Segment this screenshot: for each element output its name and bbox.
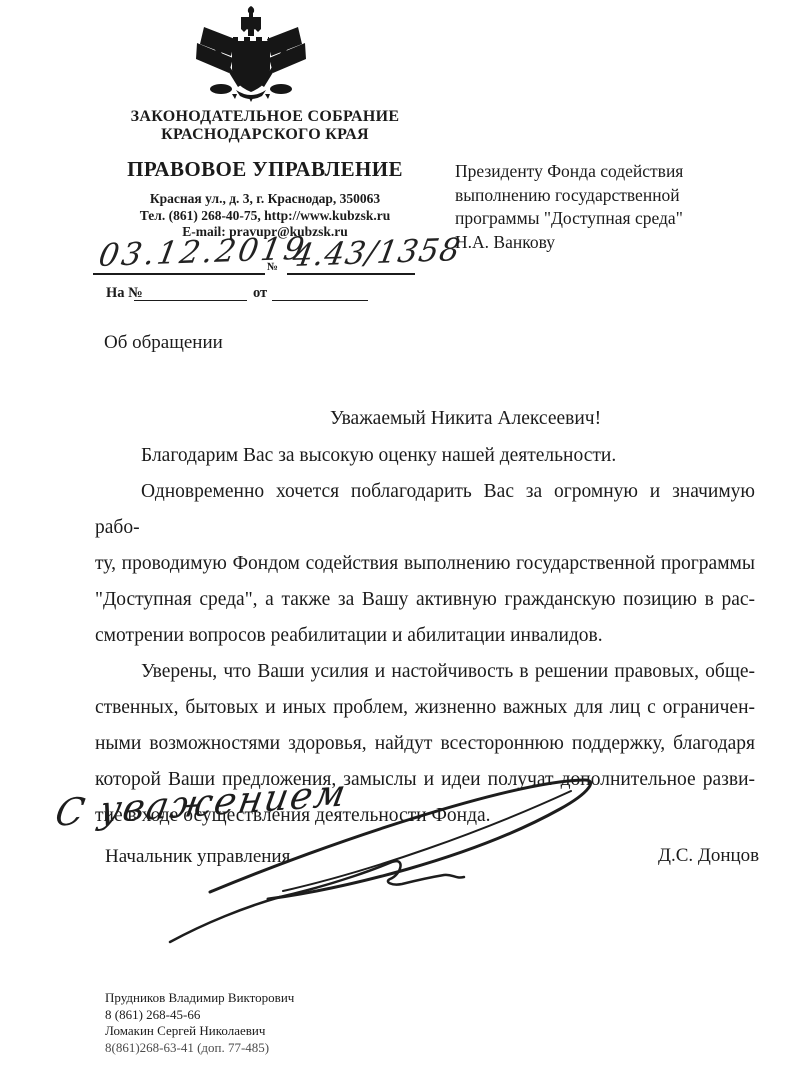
handwritten-number: 4.43/1358 xyxy=(290,232,464,274)
body-line: смотрении вопросов реабилитации и абилит… xyxy=(95,618,755,654)
handwritten-date: 03.12.2019 xyxy=(96,231,310,274)
executor-phone: 8(861)268-63-41 (доп. 77-485) xyxy=(105,1040,294,1057)
executor-contacts: Прудников Владимир Викторович 8 (861) 26… xyxy=(105,990,294,1056)
scanned-letter-page: ЗАКОНОДАТЕЛЬНОЕ СОБРАНИЕ КРАСНОДАРСКОГО … xyxy=(0,0,800,1092)
recipient-line: Президенту Фонда содействия xyxy=(455,160,765,184)
department-name: ПРАВОВОЕ УПРАВЛЕНИЕ xyxy=(95,157,435,182)
body-line: ственных, бытовых и иных проблем, жизнен… xyxy=(95,690,755,726)
letterhead: ЗАКОНОДАТЕЛЬНОЕ СОБРАНИЕ КРАСНОДАРСКОГО … xyxy=(95,108,435,241)
recipient-name: Н.А. Ванкову xyxy=(455,231,765,255)
org-name-line2: КРАСНОДАРСКОГО КРАЯ xyxy=(95,126,435,144)
body-line: ными возможностями здоровья, найдут всес… xyxy=(95,726,755,762)
recipient-line: выполнению государственной xyxy=(455,184,765,208)
org-phone-site: Тел. (861) 268-40-75, http://www.kubzsk.… xyxy=(95,208,435,225)
ref-number-blank xyxy=(134,285,247,301)
org-name-line1: ЗАКОНОДАТЕЛЬНОЕ СОБРАНИЕ xyxy=(95,108,435,126)
executor-phone: 8 (861) 268-45-66 xyxy=(105,1007,294,1024)
subject-line: Об обращении xyxy=(104,332,223,354)
signer-position: Начальник управления xyxy=(105,846,290,868)
body-line: ту, проводимую Фондом содействия выполне… xyxy=(95,546,755,582)
signer-name: Д.С. Донцов xyxy=(658,845,759,867)
executor-name: Ломакин Сергей Николаевич xyxy=(105,1023,294,1040)
executor-name: Прудников Владимир Викторович xyxy=(105,990,294,1007)
body-line: Уверены, что Ваши усилия и настойчивость… xyxy=(95,654,755,690)
body-line: Одновременно хочется поблагодарить Вас з… xyxy=(95,474,755,546)
greeting-line: Уважаемый Никита Алексеевич! xyxy=(330,408,601,430)
recipient-block: Президенту Фонда содействия выполнению г… xyxy=(455,160,765,254)
recipient-line: программы "Доступная среда" xyxy=(455,207,765,231)
body-line: "Доступная среда", а также за Вашу актив… xyxy=(95,582,755,618)
body-line: Благодарим Вас за высокую оценку нашей д… xyxy=(95,438,755,474)
ref-ot-label: от xyxy=(253,285,267,302)
coat-of-arms-icon xyxy=(196,6,306,102)
org-address: Красная ул., д. 3, г. Краснодар, 350063 xyxy=(95,191,435,208)
ref-date-blank xyxy=(272,285,368,301)
